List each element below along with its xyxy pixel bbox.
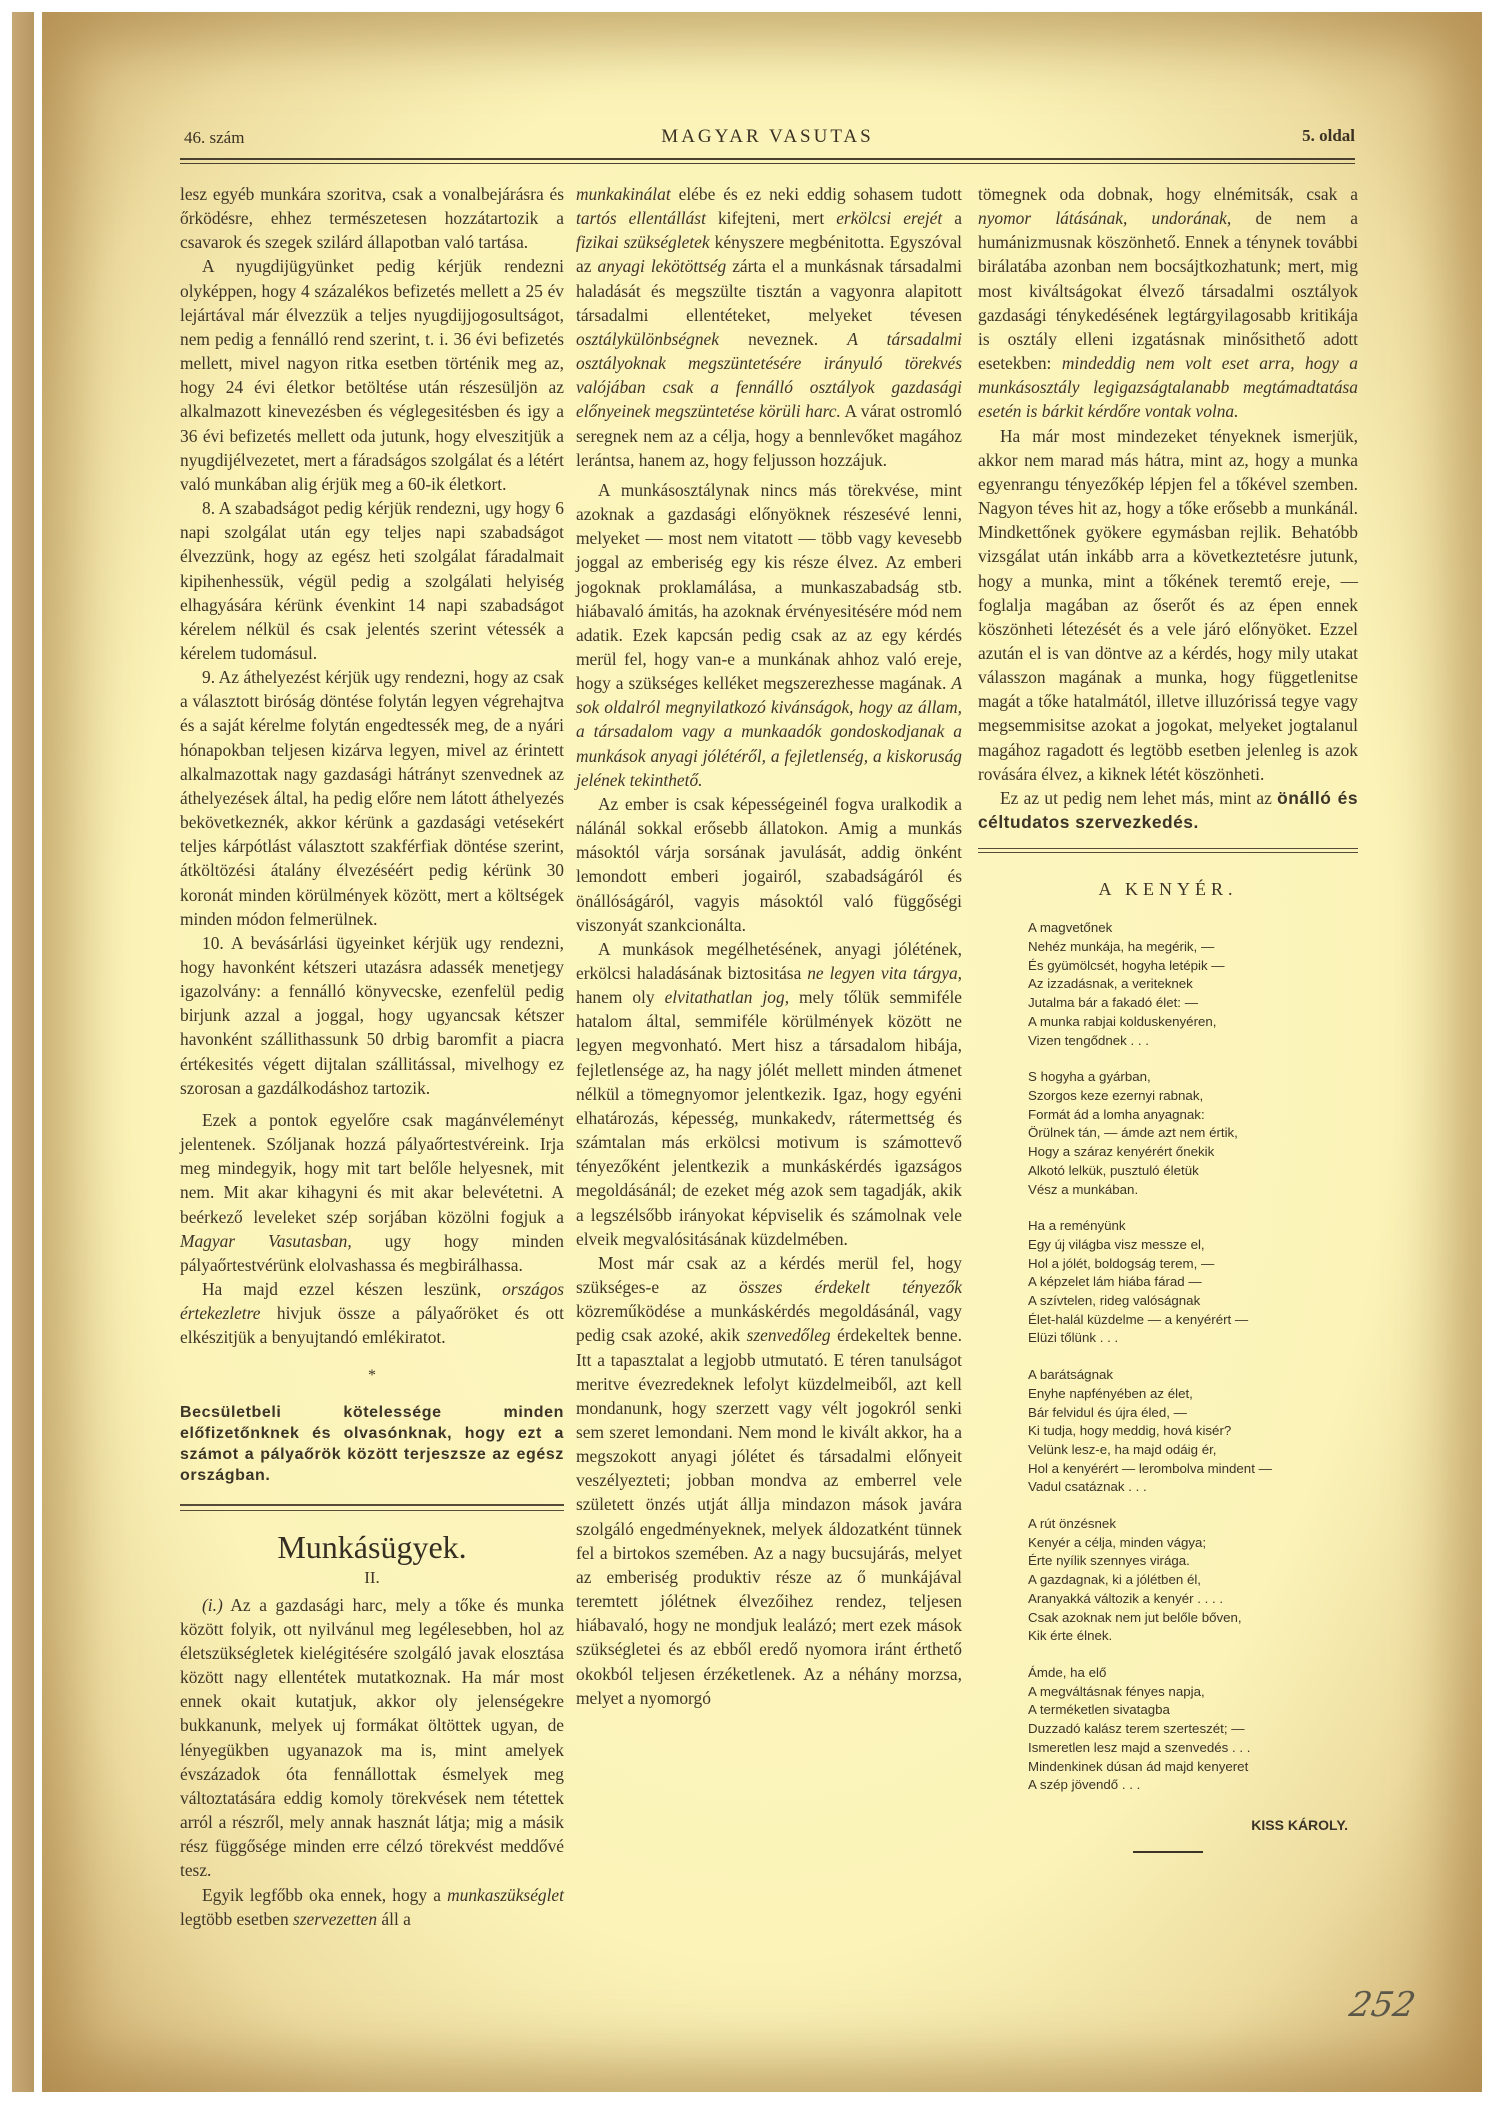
paragraph: Ha már most mindezeket tényeknek ismerjü…	[978, 424, 1358, 786]
poem-line: Ki tudja, hogy meddig, hová kisér?	[1028, 1422, 1358, 1441]
poem-stanza: A rút önzésnekKenyér a célja, minden vág…	[1028, 1515, 1358, 1646]
poem-line: A megváltásnak fényes napja,	[1028, 1683, 1358, 1702]
poem-line: Szorgos keze ezernyi rabnak,	[1028, 1087, 1358, 1106]
poem-line: Aranyakká változik a kenyér . . . .	[1028, 1590, 1358, 1609]
poem-stanza: A magvetőnekNehéz munkája, ha megérik, —…	[1028, 919, 1358, 1050]
poem-title: A KENYÉR.	[978, 877, 1358, 901]
paragraph: tömegnek oda dobnak, hogy elnémitsák, cs…	[978, 182, 1358, 424]
paragraph: Most már csak az a kérdés merül fel, hog…	[576, 1251, 962, 1710]
poem-line: A szívtelen, rideg valóságnak	[1028, 1292, 1358, 1311]
poem-line: Elüzi tőlünk . . .	[1028, 1329, 1358, 1348]
poem-line: Vész a munkában.	[1028, 1181, 1358, 1200]
page-header: 46. szám MAGYAR VASUTAS 5. oldal	[180, 124, 1355, 160]
paragraph: A munkások megélhetésének, anyagi jólété…	[576, 937, 962, 1251]
poem-stanza: Ha a reményünkEgy új világba visz messze…	[1028, 1217, 1358, 1348]
poem-line: Vizen tengődnek . . .	[1028, 1032, 1358, 1051]
poem-line: Enyhe napfényében az élet,	[1028, 1385, 1358, 1404]
poem-line: Alkotó lelkük, pusztuló életük	[1028, 1162, 1358, 1181]
poem-line: A rút önzésnek	[1028, 1515, 1358, 1534]
column-1: lesz egyéb munkára szoritva, csak a vona…	[180, 182, 564, 1931]
poem: A magvetőnekNehéz munkája, ha megérik, —…	[978, 919, 1358, 1795]
poem-line: Mindenkinek dúsan ád majd kenyeret	[1028, 1758, 1358, 1777]
poem-line: Kik érte élnek.	[1028, 1627, 1358, 1646]
paragraph: Egyik legfőbb oka ennek, hogy a munkaszü…	[180, 1883, 564, 1931]
poem-author: KISS KÁROLY.	[978, 1813, 1358, 1837]
poem-line: Duzzadó kalász terem szerteszét; —	[1028, 1720, 1358, 1739]
poem-line: S hogyha a gyárban,	[1028, 1068, 1358, 1087]
poem-line: A képzelet lám hiába fárad —	[1028, 1273, 1358, 1292]
paragraph: 10. A bevásárlási ügyeinket kérjük ugy r…	[180, 931, 564, 1100]
poem-line: A terméketlen sivatagba	[1028, 1701, 1358, 1720]
poem-line: Élet-halál küzdelme — a kenyérért —	[1028, 1311, 1358, 1330]
paragraph: A munkásosztálynak nincs más törekvése, …	[576, 478, 962, 792]
poem-line: Vadul csatáznak . . .	[1028, 1478, 1358, 1497]
paragraph: 8. A szabadságot pedig kérjük rendezni, …	[180, 496, 564, 665]
poem-line: Nehéz munkája, ha megérik, —	[1028, 938, 1358, 957]
poem-line: A szép jövendő . . .	[1028, 1776, 1358, 1795]
subscriber-notice: Becsületbeli kötelessége minden előfizet…	[180, 1402, 564, 1486]
poem-line: Egy új világba visz messze el,	[1028, 1236, 1358, 1255]
paragraph: lesz egyéb munkára szoritva, csak a vona…	[180, 182, 564, 254]
poem-stanza: S hogyha a gyárban,Szorgos keze ezernyi …	[1028, 1068, 1358, 1199]
poem-line: Az izzadásnak, a veriteknek	[1028, 975, 1358, 994]
poem-stanza: Ámde, ha előA megváltásnak fényes napja,…	[1028, 1664, 1358, 1795]
paragraph: Az ember is csak képességeinél fogva ura…	[576, 792, 962, 937]
poem-line: Érte nyílik szennyes virága.	[1028, 1552, 1358, 1571]
paragraph: Ez az ut pedig nem lehet más, mint az ön…	[978, 786, 1358, 834]
paragraph: Ha majd ezzel készen leszünk, országos é…	[180, 1277, 564, 1349]
poem-line: Hol a kenyérért — lerombolva mindent —	[1028, 1460, 1358, 1479]
poem-line: Ismeretlen lesz majd a szenvedés . . .	[1028, 1739, 1358, 1758]
masthead: MAGYAR VASUTAS	[180, 126, 1355, 148]
section-divider	[180, 1504, 564, 1511]
header-rule	[180, 158, 1355, 164]
poem-line: Hogy a száraz kenyérért őnekik	[1028, 1143, 1358, 1162]
poem-line: A munka rabjai kolduskenyéren,	[1028, 1013, 1358, 1032]
poem-line: Hol a jólét, boldogság terem, —	[1028, 1255, 1358, 1274]
poem-line: Kenyér a célja, minden vágya;	[1028, 1534, 1358, 1553]
poem-line: Csak azoknak nem jut belőle bőven,	[1028, 1609, 1358, 1628]
paragraph: Ezek a pontok egyelőre csak magánvélemén…	[180, 1108, 564, 1277]
poem-line: A barátságnak	[1028, 1366, 1358, 1385]
poem-line: Bár felvidul és újra éled, —	[1028, 1404, 1358, 1423]
poem-line: A gazdagnak, ki a jólétben él,	[1028, 1571, 1358, 1590]
separator-asterisk: *	[180, 1364, 564, 1388]
poem-line: Örülnek tán, — ámde azt nem értik,	[1028, 1124, 1358, 1143]
page-number: 5. oldal	[1302, 126, 1355, 146]
section-title: Munkásügyek.	[180, 1527, 564, 1567]
page-edge	[12, 12, 34, 2092]
section-part: II.	[180, 1567, 564, 1589]
handwritten-archive-number: 252	[1346, 1985, 1418, 2025]
poem-line: Ha a reményünk	[1028, 1217, 1358, 1236]
column-3: tömegnek oda dobnak, hogy elnémitsák, cs…	[978, 182, 1358, 1853]
poem-line: Ámde, ha elő	[1028, 1664, 1358, 1683]
poem-line: És gyümölcsét, hogyha letépik —	[1028, 957, 1358, 976]
poem-line: Formát ád a lomha anyagnak:	[1028, 1106, 1358, 1125]
poem-line: Velünk lesz-e, ha majd odáig ér,	[1028, 1441, 1358, 1460]
paragraph: (i.) Az a gazdasági harc, mely a tőke és…	[180, 1593, 564, 1883]
paragraph: 9. Az áthelyezést kérjük ugy rendezni, h…	[180, 665, 564, 931]
paragraph: munkakinálat elébe és ez neki eddig soha…	[576, 182, 962, 472]
section-divider	[978, 848, 1358, 853]
poem-line: A magvetőnek	[1028, 919, 1358, 938]
paragraph: A nyugdijügyünket pedig kérjük rendezni …	[180, 254, 564, 496]
end-rule	[1133, 1851, 1203, 1853]
poem-line: Jutalma bár a fakadó élet: —	[1028, 994, 1358, 1013]
poem-stanza: A barátságnakEnyhe napfényében az élet,B…	[1028, 1366, 1358, 1497]
column-2: munkakinálat elébe és ez neki eddig soha…	[576, 182, 962, 1710]
